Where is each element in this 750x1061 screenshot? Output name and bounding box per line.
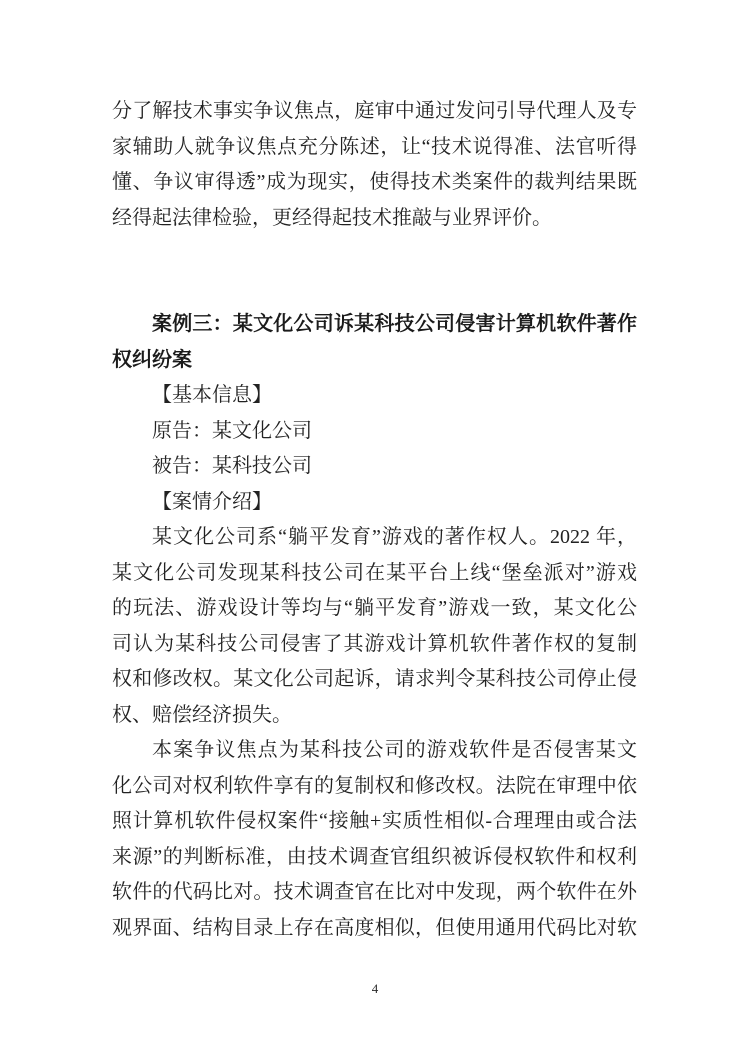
paragraph-continuation: 分了解技术事实争议焦点，庭审中通过发问引导代理人及专 家辅助人就争议焦点充分陈述…: [112, 94, 637, 236]
text-line: 化公司对权利软件享有的复制权和修改权。法院在审理中依: [112, 769, 637, 805]
case-heading: 案例三：某文化公司诉某科技公司侵害计算机软件著作 权纠纷案: [112, 307, 637, 378]
defendant-line: 被告：某科技公司: [112, 449, 637, 485]
text-line: 本案争议焦点为某科技公司的游戏软件是否侵害某文: [112, 733, 637, 769]
text-line: 的玩法、游戏设计等均与“躺平发育”游戏一致，某文化公: [112, 591, 637, 627]
blank-lines: [112, 236, 637, 307]
section-label-basic-info: 【基本信息】: [112, 378, 637, 414]
text-line: 司认为某科技公司侵害了其游戏计算机软件著作权的复制: [112, 627, 637, 663]
page-number: 4: [0, 981, 750, 997]
plaintiff-line: 原告：某文化公司: [112, 414, 637, 450]
text-line: 家辅助人就争议焦点充分陈述，让“技术说得准、法官听得: [112, 130, 637, 166]
text-line: 懂、争议审得透”成为现实，使得技术类案件的裁判结果既: [112, 165, 637, 201]
paragraph-dispute-focus: 本案争议焦点为某科技公司的游戏软件是否侵害某文 化公司对权利软件享有的复制权和修…: [112, 733, 637, 946]
document-content: 分了解技术事实争议焦点，庭审中通过发问引导代理人及专 家辅助人就争议焦点充分陈述…: [112, 94, 637, 946]
text-line: 经得起法律检验，更经得起技术推敲与业界评价。: [112, 201, 637, 237]
text-line: 分了解技术事实争议焦点，庭审中通过发问引导代理人及专: [112, 94, 637, 130]
text-line: 权和修改权。某文化公司起诉，请求判令某科技公司停止侵: [112, 662, 637, 698]
text-line: 观界面、结构目录上存在高度相似，但使用通用代码比对软: [112, 911, 637, 947]
text-line: 软件的代码比对。技术调查官在比对中发现，两个软件在外: [112, 875, 637, 911]
case-heading-line: 权纠纷案: [112, 343, 637, 379]
text-line: 某文化公司系“躺平发育”游戏的著作权人。2022 年，: [112, 520, 637, 556]
case-heading-line: 案例三：某文化公司诉某科技公司侵害计算机软件著作: [112, 307, 637, 343]
document-page: 分了解技术事实争议焦点，庭审中通过发问引导代理人及专 家辅助人就争议焦点充分陈述…: [0, 0, 750, 1061]
section-label-case-intro: 【案情介绍】: [112, 485, 637, 521]
text-line: 来源”的判断标准，由技术调查官组织被诉侵权软件和权利: [112, 840, 637, 876]
text-line: 权、赔偿经济损失。: [112, 698, 637, 734]
text-line: 照计算机软件侵权案件“接触+实质性相似-合理理由或合法: [112, 804, 637, 840]
text-line: 某文化公司发现某科技公司在某平台上线“堡垒派对”游戏: [112, 556, 637, 592]
paragraph-case-intro: 某文化公司系“躺平发育”游戏的著作权人。2022 年， 某文化公司发现某科技公司…: [112, 520, 637, 733]
